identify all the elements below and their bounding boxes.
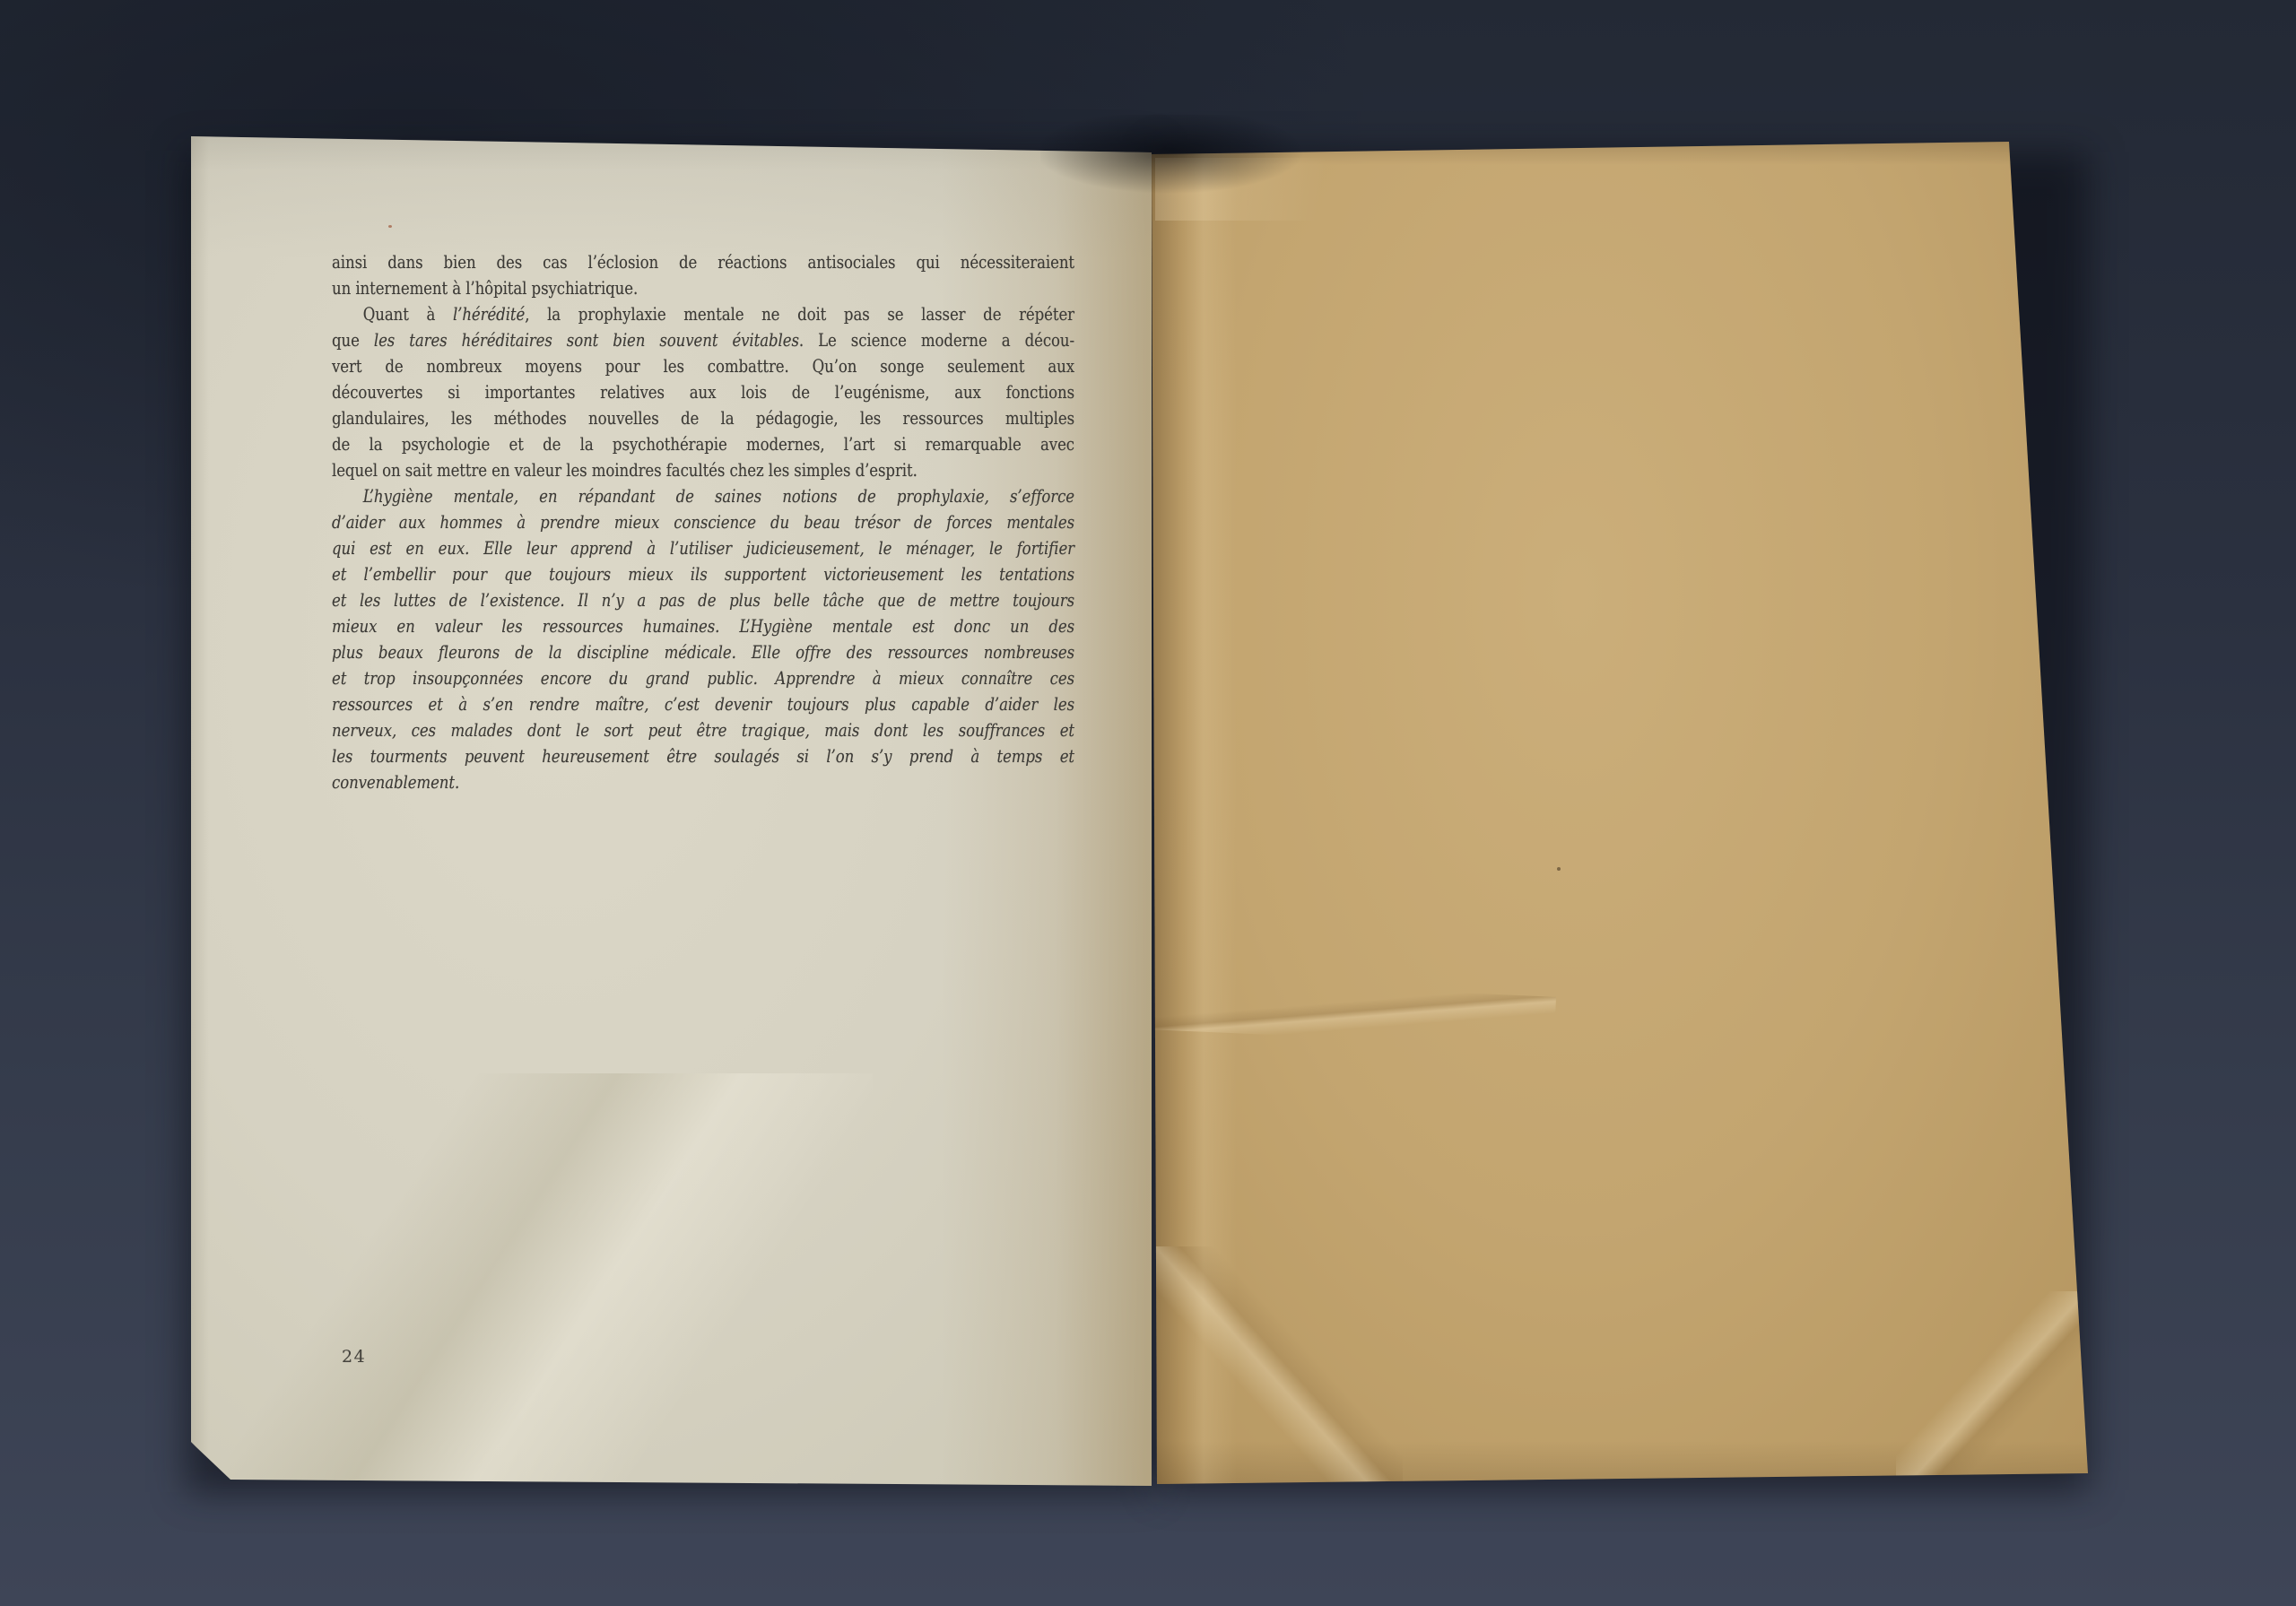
text-segment: que [332, 329, 374, 351]
text-line: plus beaux fleurons de la discipline méd… [332, 639, 1074, 665]
text-line: de la psychologie et de la psychothérapi… [332, 431, 1074, 457]
paper-speck [1557, 867, 1561, 871]
text-line: Quant à l’hérédité, la prophylaxie menta… [332, 301, 1074, 327]
text-line: d’aider aux hommes à prendre mieux consc… [332, 509, 1074, 535]
text-segment: lequel on sait mettre en valeur les moin… [332, 459, 918, 481]
spine-gutter-shadow [1040, 115, 1309, 195]
page-number: 24 [342, 1347, 366, 1367]
text-line: lequel on sait mettre en valeur les moin… [332, 457, 1074, 483]
crease-line [1151, 979, 1556, 1047]
text-line: ainsi dans bien des cas l’éclosion de ré… [332, 249, 1074, 275]
text-line: nerveux, ces malades dont le sort peut ê… [332, 717, 1074, 743]
text-segment-italic: et l’embellir pour que toujours mieux il… [332, 563, 1074, 585]
text-line: qui est en eux. Elle leur apprend à l’ut… [332, 535, 1074, 561]
text-segment: ainsi dans bien des cas l’éclosion de ré… [332, 251, 1074, 273]
photo-backdrop: ainsi dans bien des cas l’éclosion de ré… [0, 0, 2296, 1606]
text-segment: . Le science moderne a décou- [799, 329, 1074, 351]
text-line: un internement à l’hôpital psychiatrique… [332, 275, 1074, 301]
text-line: glandulaires, les méthodes nouvelles de … [332, 405, 1074, 431]
text-segment: de la psychologie et de la psychothérapi… [332, 433, 1074, 455]
text-segment-italic: l’hérédité [453, 303, 525, 325]
text-line: les tourments peuvent heureusement être … [332, 743, 1074, 769]
text-segment: découvertes si importantes relatives aux… [332, 381, 1074, 403]
text-line: découvertes si importantes relatives aux… [332, 379, 1074, 405]
text-line: mieux en valeur les ressources humaines.… [332, 613, 1074, 639]
text-segment: , la prophylaxie mentale ne doit pas se … [525, 303, 1074, 325]
text-line: vert de nombreux moyens pour les combatt… [332, 353, 1074, 379]
text-block: ainsi dans bien des cas l’éclosion de ré… [332, 249, 1074, 795]
text-segment-italic: plus beaux fleurons de la discipline méd… [332, 641, 1074, 663]
paper-speck [388, 225, 392, 228]
text-segment-italic: convenablement. [332, 771, 459, 793]
text-line: ressources et à s’en rendre maître, c’es… [332, 691, 1074, 717]
text-segment-italic: qui est en eux. Elle leur apprend à l’ut… [332, 537, 1074, 559]
text-segment: Quant à [363, 303, 453, 325]
text-segment: vert de nombreux moyens pour les combatt… [332, 355, 1074, 377]
text-line: convenablement. [332, 769, 1074, 795]
text-segment-italic: et les luttes de l’existence. Il n’y a p… [332, 589, 1074, 611]
text-segment-italic: les tourments peuvent heureusement être … [332, 745, 1074, 767]
text-line: et les luttes de l’existence. Il n’y a p… [332, 587, 1074, 613]
text-segment: un internement à l’hôpital psychiatrique… [332, 277, 638, 299]
text-segment: glandulaires, les méthodes nouvelles de … [332, 407, 1074, 429]
left-page: ainsi dans bien des cas l’éclosion de ré… [191, 135, 1152, 1486]
text-segment-italic: mieux en valeur les ressources humaines.… [332, 615, 1074, 637]
crease-line [1896, 1291, 2102, 1480]
text-line: et trop insoupçonnées encore du grand pu… [332, 665, 1074, 691]
text-segment-italic: nerveux, ces malades dont le sort peut ê… [332, 719, 1074, 741]
text-segment-italic: d’aider aux hommes à prendre mieux consc… [332, 511, 1074, 533]
text-line: et l’embellir pour que toujours mieux il… [332, 561, 1074, 587]
right-page-back-cover [1152, 135, 2092, 1486]
text-segment-italic: ressources et à s’en rendre maître, c’es… [332, 693, 1074, 715]
left-page-corner-curl [191, 1073, 873, 1486]
text-segment-italic: les tares héréditaires sont bien souvent… [374, 329, 799, 351]
left-page-top-shading [191, 135, 1152, 260]
text-line: que les tares héréditaires sont bien sou… [332, 327, 1074, 353]
text-line: L’hygiène mentale, en répandant de saine… [332, 483, 1074, 509]
text-segment-italic: et trop insoupçonnées encore du grand pu… [332, 667, 1074, 689]
crease-line [1134, 1246, 1403, 1497]
text-segment-italic: L’hygiène mentale, en répandant de saine… [363, 485, 1074, 507]
